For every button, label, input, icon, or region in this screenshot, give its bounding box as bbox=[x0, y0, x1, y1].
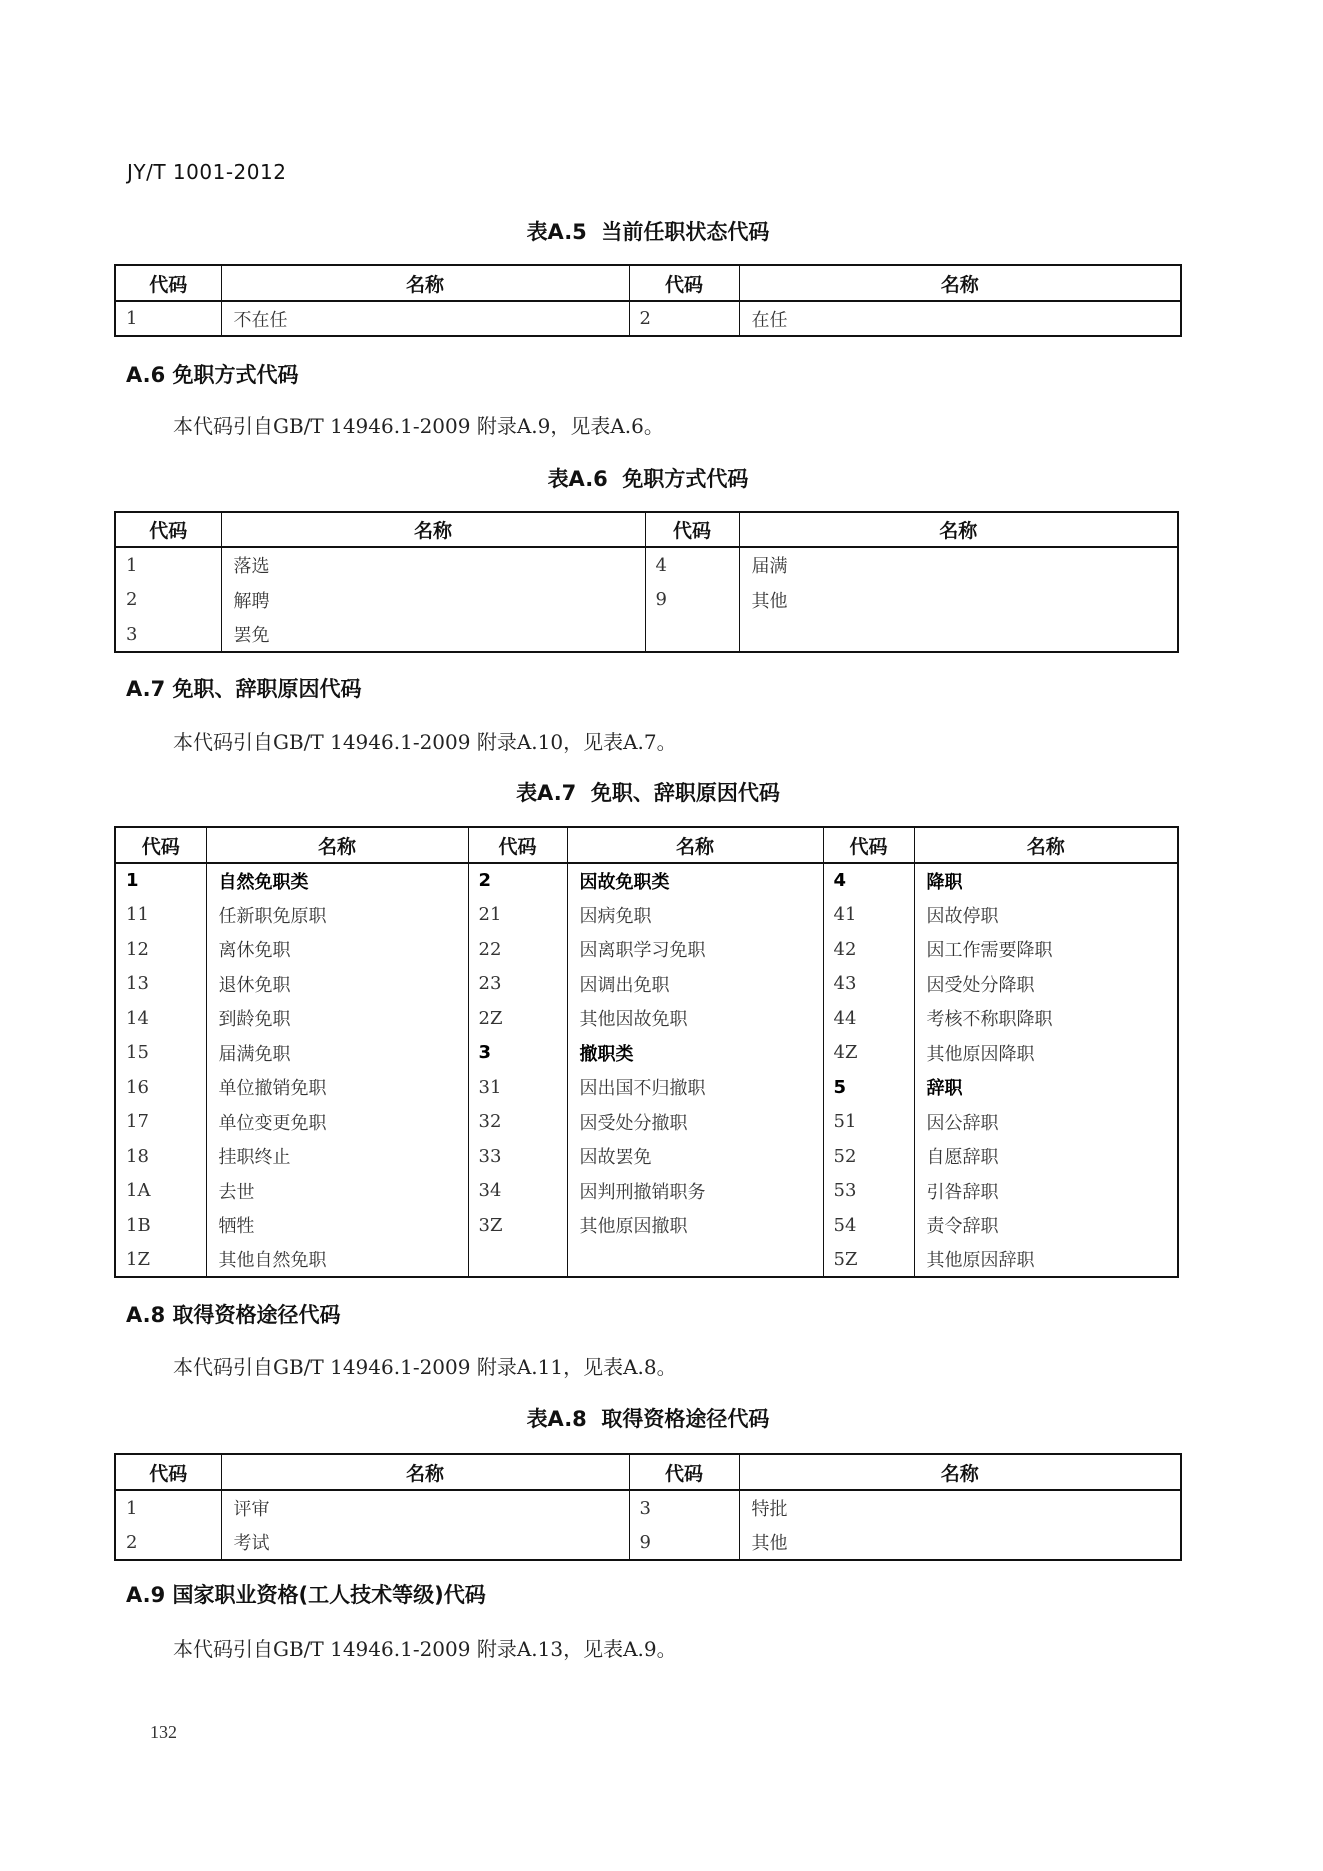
name-cell: 因病免职 bbox=[567, 898, 823, 933]
section-a6-heading: A.6 免职方式代码 bbox=[126, 359, 299, 389]
table-row: 1 不在任 2 在任 bbox=[115, 301, 1181, 336]
section-a9-paragraph: 本代码引自GB/T 14946.1-2009 附录A.13，见表A.9。 bbox=[173, 1633, 677, 1662]
section-a8-heading: A.8 取得资格途径代码 bbox=[126, 1299, 341, 1329]
code-cell: 42 bbox=[823, 932, 914, 967]
code-cell: 33 bbox=[468, 1139, 567, 1174]
code-cell: 15 bbox=[115, 1036, 206, 1071]
code-cell: 4 bbox=[823, 863, 914, 898]
name-cell: 因故罢免 bbox=[567, 1139, 823, 1174]
name-cell: 撤职类 bbox=[567, 1036, 823, 1071]
code-cell: 51 bbox=[823, 1105, 914, 1140]
table-row: 3 罢免 bbox=[115, 617, 1178, 652]
code-cell: 43 bbox=[823, 967, 914, 1002]
code-cell: 5Z bbox=[823, 1243, 914, 1278]
code-cell: 11 bbox=[115, 898, 206, 933]
code-cell: 3Z bbox=[468, 1208, 567, 1243]
code-cell: 44 bbox=[823, 1001, 914, 1036]
name-cell: 其他原因撤职 bbox=[567, 1208, 823, 1243]
name-cell: 辞职 bbox=[914, 1070, 1178, 1105]
name-cell: 因公辞职 bbox=[914, 1105, 1178, 1140]
name-cell: 其他自然免职 bbox=[206, 1243, 468, 1278]
name-cell: 责令辞职 bbox=[914, 1208, 1178, 1243]
code-cell: 12 bbox=[115, 932, 206, 967]
table-a5: 代码 名称 代码 名称 1 不在任 2 在任 bbox=[114, 264, 1182, 337]
table-row: 1B牺牲3Z其他原因撤职54责令辞职 bbox=[115, 1208, 1178, 1243]
table-row: 2 解聘 9 其他 bbox=[115, 582, 1178, 617]
name-cell: 考核不称职降职 bbox=[914, 1001, 1178, 1036]
table-row: 15届满免职3撤职类4Z其他原因降职 bbox=[115, 1036, 1178, 1071]
name-cell: 降职 bbox=[914, 863, 1178, 898]
table-row: 1 评审 3 特批 bbox=[115, 1490, 1181, 1525]
name-cell: 因出国不归撤职 bbox=[567, 1070, 823, 1105]
name-cell: 其他因故免职 bbox=[567, 1001, 823, 1036]
table-row: 16单位撤销免职31因出国不归撤职5辞职 bbox=[115, 1070, 1178, 1105]
column-header-name: 名称 bbox=[739, 1454, 1181, 1490]
code-cell: 1 bbox=[115, 1490, 221, 1525]
name-cell: 其他 bbox=[739, 582, 1178, 617]
section-a7-paragraph: 本代码引自GB/T 14946.1-2009 附录A.10，见表A.7。 bbox=[173, 726, 677, 755]
code-cell: 1 bbox=[115, 547, 221, 582]
table-row: 2 考试 9 其他 bbox=[115, 1525, 1181, 1560]
column-header-name: 名称 bbox=[739, 265, 1181, 301]
document-code: JY/T 1001-2012 bbox=[127, 160, 286, 184]
name-cell: 届满 bbox=[739, 547, 1178, 582]
name-cell: 因调出免职 bbox=[567, 967, 823, 1002]
name-cell: 离休免职 bbox=[206, 932, 468, 967]
table-row: 1A去世34因判刑撤销职务53引咎辞职 bbox=[115, 1174, 1178, 1209]
column-header-code: 代码 bbox=[115, 512, 221, 547]
column-header-code: 代码 bbox=[468, 827, 567, 863]
code-cell: 2 bbox=[629, 301, 739, 336]
table-a6-caption: 表A.6 免职方式代码 bbox=[0, 463, 1296, 493]
name-cell: 在任 bbox=[739, 301, 1181, 336]
column-header-code: 代码 bbox=[629, 1454, 739, 1490]
name-cell: 引咎辞职 bbox=[914, 1174, 1178, 1209]
code-cell: 3 bbox=[115, 617, 221, 652]
code-cell: 2 bbox=[115, 582, 221, 617]
column-header-name: 名称 bbox=[914, 827, 1178, 863]
table-row: 1 落选 4 届满 bbox=[115, 547, 1178, 582]
column-header-name: 名称 bbox=[206, 827, 468, 863]
name-cell: 牺牲 bbox=[206, 1208, 468, 1243]
name-cell: 评审 bbox=[221, 1490, 629, 1525]
code-cell: 3 bbox=[629, 1490, 739, 1525]
name-cell: 退休免职 bbox=[206, 967, 468, 1002]
column-header-code: 代码 bbox=[115, 827, 206, 863]
table-row: 12离休免职22因离职学习免职42因工作需要降职 bbox=[115, 932, 1178, 967]
column-header-code: 代码 bbox=[823, 827, 914, 863]
code-cell: 1A bbox=[115, 1174, 206, 1209]
column-header-code: 代码 bbox=[645, 512, 739, 547]
name-cell: 因受处分降职 bbox=[914, 967, 1178, 1002]
section-a8-paragraph: 本代码引自GB/T 14946.1-2009 附录A.11，见表A.8。 bbox=[173, 1351, 677, 1380]
column-header-name: 名称 bbox=[221, 512, 645, 547]
code-cell: 41 bbox=[823, 898, 914, 933]
code-cell: 9 bbox=[629, 1525, 739, 1560]
name-cell: 罢免 bbox=[221, 617, 645, 652]
code-cell: 4 bbox=[645, 547, 739, 582]
table-a6: 代码 名称 代码 名称 1 落选 4 届满 2 解聘 9 其他 3 罢免 bbox=[114, 511, 1179, 653]
section-a9-heading: A.9 国家职业资格(工人技术等级)代码 bbox=[126, 1579, 486, 1609]
table-a8: 代码 名称 代码 名称 1 评审 3 特批 2 考试 9 其他 bbox=[114, 1453, 1182, 1561]
name-cell: 因故免职类 bbox=[567, 863, 823, 898]
code-cell: 34 bbox=[468, 1174, 567, 1209]
code-cell: 2 bbox=[468, 863, 567, 898]
name-cell: 到龄免职 bbox=[206, 1001, 468, 1036]
code-cell: 14 bbox=[115, 1001, 206, 1036]
table-a7: 代码 名称 代码 名称 代码 名称 1自然免职类2因故免职类4降职11任新职免原… bbox=[114, 826, 1179, 1278]
table-row: 18挂职终止33因故罢免52自愿辞职 bbox=[115, 1139, 1178, 1174]
name-cell: 单位撤销免职 bbox=[206, 1070, 468, 1105]
column-header-name: 名称 bbox=[739, 512, 1178, 547]
code-cell: 5 bbox=[823, 1070, 914, 1105]
column-header-name: 名称 bbox=[221, 265, 629, 301]
name-cell: 不在任 bbox=[221, 301, 629, 336]
code-cell: 54 bbox=[823, 1208, 914, 1243]
name-cell: 因判刑撤销职务 bbox=[567, 1174, 823, 1209]
name-cell: 单位变更免职 bbox=[206, 1105, 468, 1140]
name-cell: 其他原因辞职 bbox=[914, 1243, 1178, 1278]
name-cell: 因故停职 bbox=[914, 898, 1178, 933]
name-cell: 特批 bbox=[739, 1490, 1181, 1525]
code-cell: 4Z bbox=[823, 1036, 914, 1071]
code-cell: 31 bbox=[468, 1070, 567, 1105]
code-cell: 53 bbox=[823, 1174, 914, 1209]
code-cell bbox=[468, 1243, 567, 1278]
name-cell: 其他原因降职 bbox=[914, 1036, 1178, 1071]
page-number: 132 bbox=[150, 1722, 177, 1743]
name-cell: 自然免职类 bbox=[206, 863, 468, 898]
code-cell: 2 bbox=[115, 1525, 221, 1560]
code-cell: 52 bbox=[823, 1139, 914, 1174]
name-cell: 考试 bbox=[221, 1525, 629, 1560]
name-cell: 其他 bbox=[739, 1525, 1181, 1560]
code-cell: 1 bbox=[115, 301, 221, 336]
column-header-code: 代码 bbox=[115, 1454, 221, 1490]
code-cell: 32 bbox=[468, 1105, 567, 1140]
name-cell: 因工作需要降职 bbox=[914, 932, 1178, 967]
column-header-code: 代码 bbox=[629, 265, 739, 301]
name-cell: 届满免职 bbox=[206, 1036, 468, 1071]
code-cell: 22 bbox=[468, 932, 567, 967]
name-cell: 解聘 bbox=[221, 582, 645, 617]
column-header-name: 名称 bbox=[221, 1454, 629, 1490]
table-row: 11任新职免原职21因病免职41因故停职 bbox=[115, 898, 1178, 933]
section-a6-paragraph: 本代码引自GB/T 14946.1-2009 附录A.9，见表A.6。 bbox=[173, 410, 664, 439]
name-cell bbox=[739, 617, 1178, 652]
name-cell: 挂职终止 bbox=[206, 1139, 468, 1174]
code-cell: 23 bbox=[468, 967, 567, 1002]
name-cell bbox=[567, 1243, 823, 1278]
table-a5-caption: 表A.5 当前任职状态代码 bbox=[0, 216, 1296, 246]
table-a7-caption: 表A.7 免职、辞职原因代码 bbox=[0, 777, 1296, 807]
code-cell: 16 bbox=[115, 1070, 206, 1105]
name-cell: 自愿辞职 bbox=[914, 1139, 1178, 1174]
column-header-code: 代码 bbox=[115, 265, 221, 301]
code-cell: 1B bbox=[115, 1208, 206, 1243]
name-cell: 因离职学习免职 bbox=[567, 932, 823, 967]
code-cell: 13 bbox=[115, 967, 206, 1002]
table-row: 1Z其他自然免职5Z其他原因辞职 bbox=[115, 1243, 1178, 1278]
code-cell: 18 bbox=[115, 1139, 206, 1174]
table-row: 13退休免职23因调出免职43因受处分降职 bbox=[115, 967, 1178, 1002]
code-cell: 21 bbox=[468, 898, 567, 933]
code-cell: 2Z bbox=[468, 1001, 567, 1036]
code-cell bbox=[645, 617, 739, 652]
table-row: 14到龄免职2Z其他因故免职44考核不称职降职 bbox=[115, 1001, 1178, 1036]
table-a8-caption: 表A.8 取得资格途径代码 bbox=[0, 1403, 1296, 1433]
section-a7-heading: A.7 免职、辞职原因代码 bbox=[126, 673, 362, 703]
code-cell: 3 bbox=[468, 1036, 567, 1071]
code-cell: 1Z bbox=[115, 1243, 206, 1278]
code-cell: 1 bbox=[115, 863, 206, 898]
name-cell: 去世 bbox=[206, 1174, 468, 1209]
name-cell: 任新职免原职 bbox=[206, 898, 468, 933]
column-header-name: 名称 bbox=[567, 827, 823, 863]
table-row: 1自然免职类2因故免职类4降职 bbox=[115, 863, 1178, 898]
name-cell: 因受处分撤职 bbox=[567, 1105, 823, 1140]
code-cell: 17 bbox=[115, 1105, 206, 1140]
code-cell: 9 bbox=[645, 582, 739, 617]
table-row: 17单位变更免职32因受处分撤职51因公辞职 bbox=[115, 1105, 1178, 1140]
name-cell: 落选 bbox=[221, 547, 645, 582]
